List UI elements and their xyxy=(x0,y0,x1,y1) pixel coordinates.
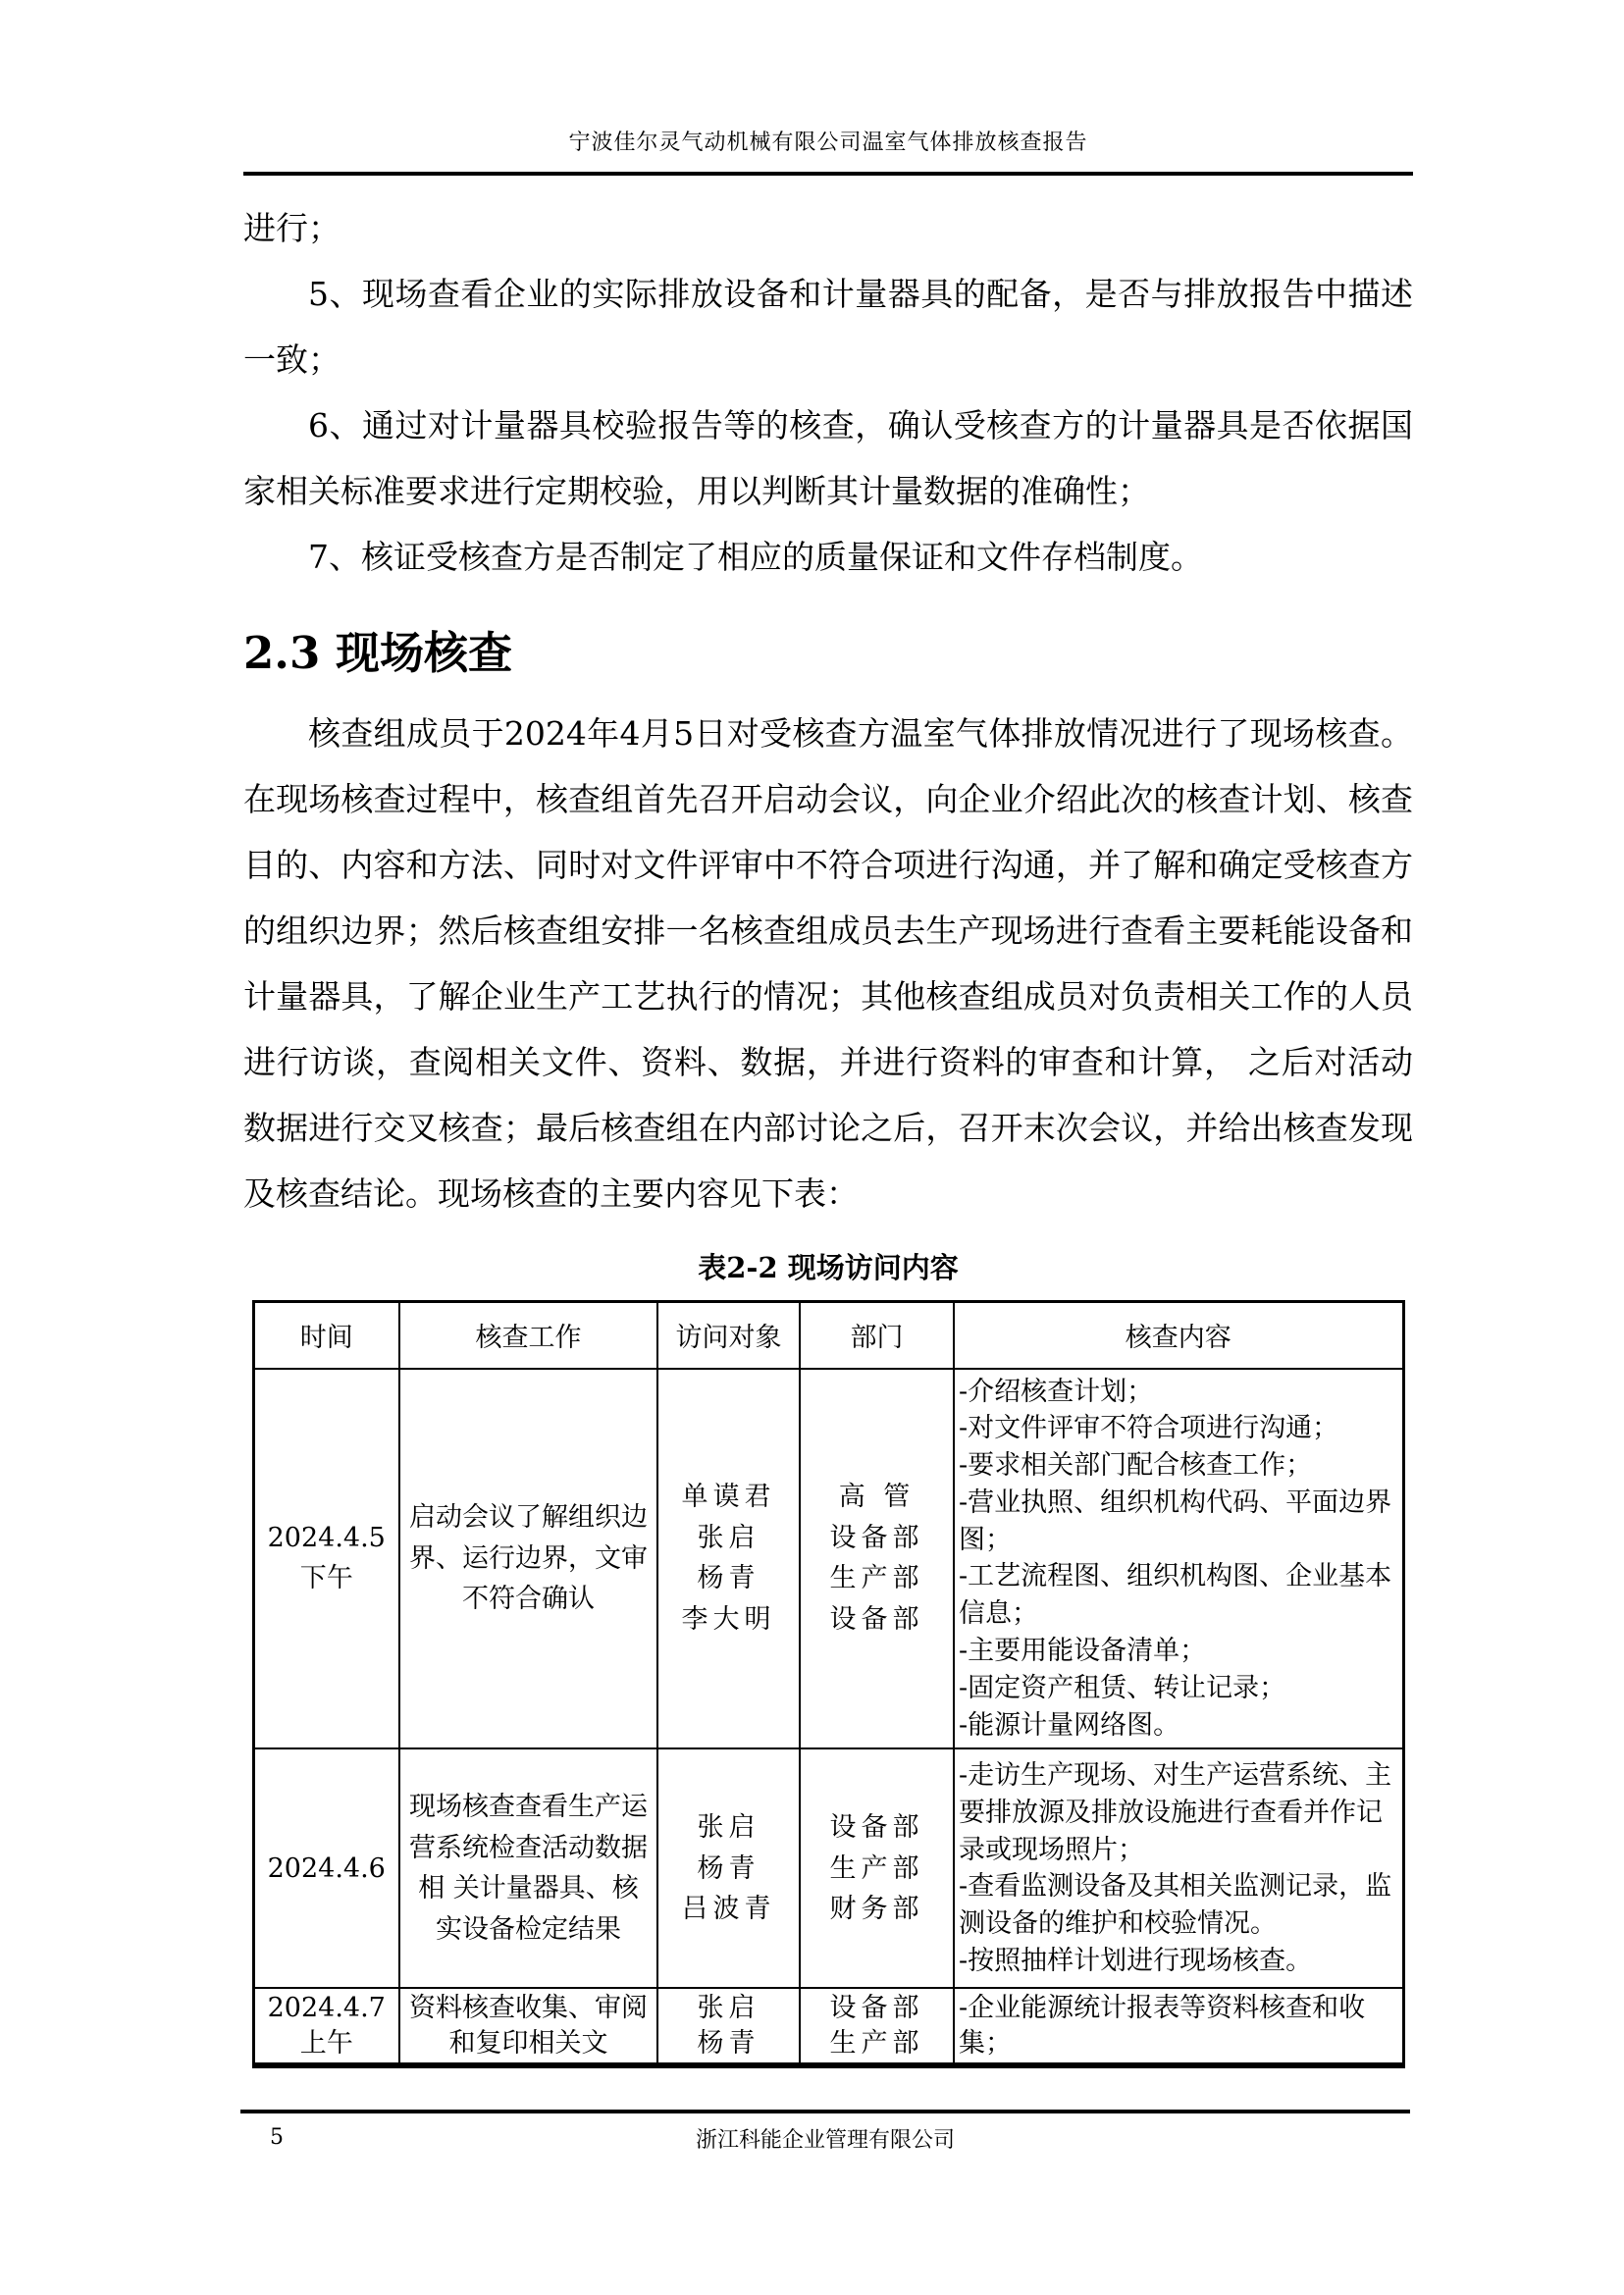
col-header-time: 时间 xyxy=(253,1302,399,1369)
page-content: 进行； 5、现场查看企业的实际排放设备和计量器具的配备，是否与排放报告中描述一致… xyxy=(243,195,1413,2068)
list-item-6: 6、通过对计量器具校验报告等的核查，确认受核查方的计量器具是否依据国家相关标准要… xyxy=(243,392,1413,524)
cell-work: 启动会议了解组织边界、运行边界，文审不符合确认 xyxy=(399,1369,657,1749)
cell-content: -介绍核查计划； -对文件评审不符合项进行沟通； -要求相关部门配合核查工作； … xyxy=(954,1369,1403,1749)
col-header-work: 核查工作 xyxy=(399,1302,657,1369)
list-item-5: 5、现场查看企业的实际排放设备和计量器具的配备，是否与排放报告中描述一致； xyxy=(243,261,1413,392)
cell-departments: 高 管 设备部 生产部 设备部 xyxy=(800,1369,954,1749)
cell-content: -走访生产现场、对生产运营系统、主要排放源及排放设施进行查看并作记录或现场照片；… xyxy=(954,1748,1403,1988)
cell-work: 资料核查收集、审阅和复印相关文 xyxy=(399,1988,657,2064)
footer-company-name: 浙江科能企业管理有限公司 xyxy=(240,2123,1410,2154)
cell-visitors: 张启 杨青 xyxy=(657,1988,800,2064)
site-visit-table: 时间 核查工作 访问对象 部门 核查内容 2024.4.5 下午 启动会议了解组… xyxy=(252,1300,1405,2068)
cell-time: 2024.4.5 下午 xyxy=(253,1369,399,1749)
cell-time: 2024.4.7 上午 xyxy=(253,1988,399,2064)
cell-visitors: 张启 杨青 吕波青 xyxy=(657,1748,800,1988)
col-header-content: 核查内容 xyxy=(954,1302,1403,1369)
cell-content: -企业能源统计报表等资料核查和收集； xyxy=(954,1988,1403,2064)
section-heading: 2.3 现场核查 xyxy=(243,617,1413,681)
page-number: 5 xyxy=(270,2125,284,2150)
table-row: 2024.4.5 下午 启动会议了解组织边界、运行边界，文审不符合确认 单谟君 … xyxy=(253,1369,1403,1749)
col-header-visitors: 访问对象 xyxy=(657,1302,800,1369)
header-title: 宁波佳尔灵气动机械有限公司温室气体排放核查报告 xyxy=(243,126,1413,156)
table-row: 2024.4.6 现场核查查看生产运营系统检查活动数据相 关计量器具、核实设备检… xyxy=(253,1748,1403,1988)
paragraph-continuation: 进行； xyxy=(243,195,1413,261)
cell-departments: 设备部 生产部 xyxy=(800,1988,954,2064)
cell-time: 2024.4.6 xyxy=(253,1748,399,1988)
list-item-7: 7、核证受核查方是否制定了相应的质量保证和文件存档制度。 xyxy=(243,524,1413,590)
page-header: 宁波佳尔灵气动机械有限公司温室气体排放核查报告 xyxy=(243,126,1413,176)
cell-departments: 设备部 生产部 财务部 xyxy=(800,1748,954,1988)
page-footer: 5 浙江科能企业管理有限公司 xyxy=(240,2110,1410,2154)
section-paragraph: 核查组成员于2024年4月5日对受核查方温室气体排放情况进行了现场核查。在现场核… xyxy=(243,701,1413,1226)
table-title: 表2-2 现场访问内容 xyxy=(243,1246,1413,1286)
table-row: 2024.4.7 上午 资料核查收集、审阅和复印相关文 张启 杨青 设备部 生产… xyxy=(253,1988,1403,2064)
cell-work: 现场核查查看生产运营系统检查活动数据相 关计量器具、核实设备检定结果 xyxy=(399,1748,657,1988)
table-header-row: 时间 核查工作 访问对象 部门 核查内容 xyxy=(253,1302,1403,1369)
cell-visitors: 单谟君 张启 杨青 李大明 xyxy=(657,1369,800,1749)
document-page: 宁波佳尔灵气动机械有限公司温室气体排放核查报告 进行； 5、现场查看企业的实际排… xyxy=(0,0,1624,2295)
col-header-department: 部门 xyxy=(800,1302,954,1369)
